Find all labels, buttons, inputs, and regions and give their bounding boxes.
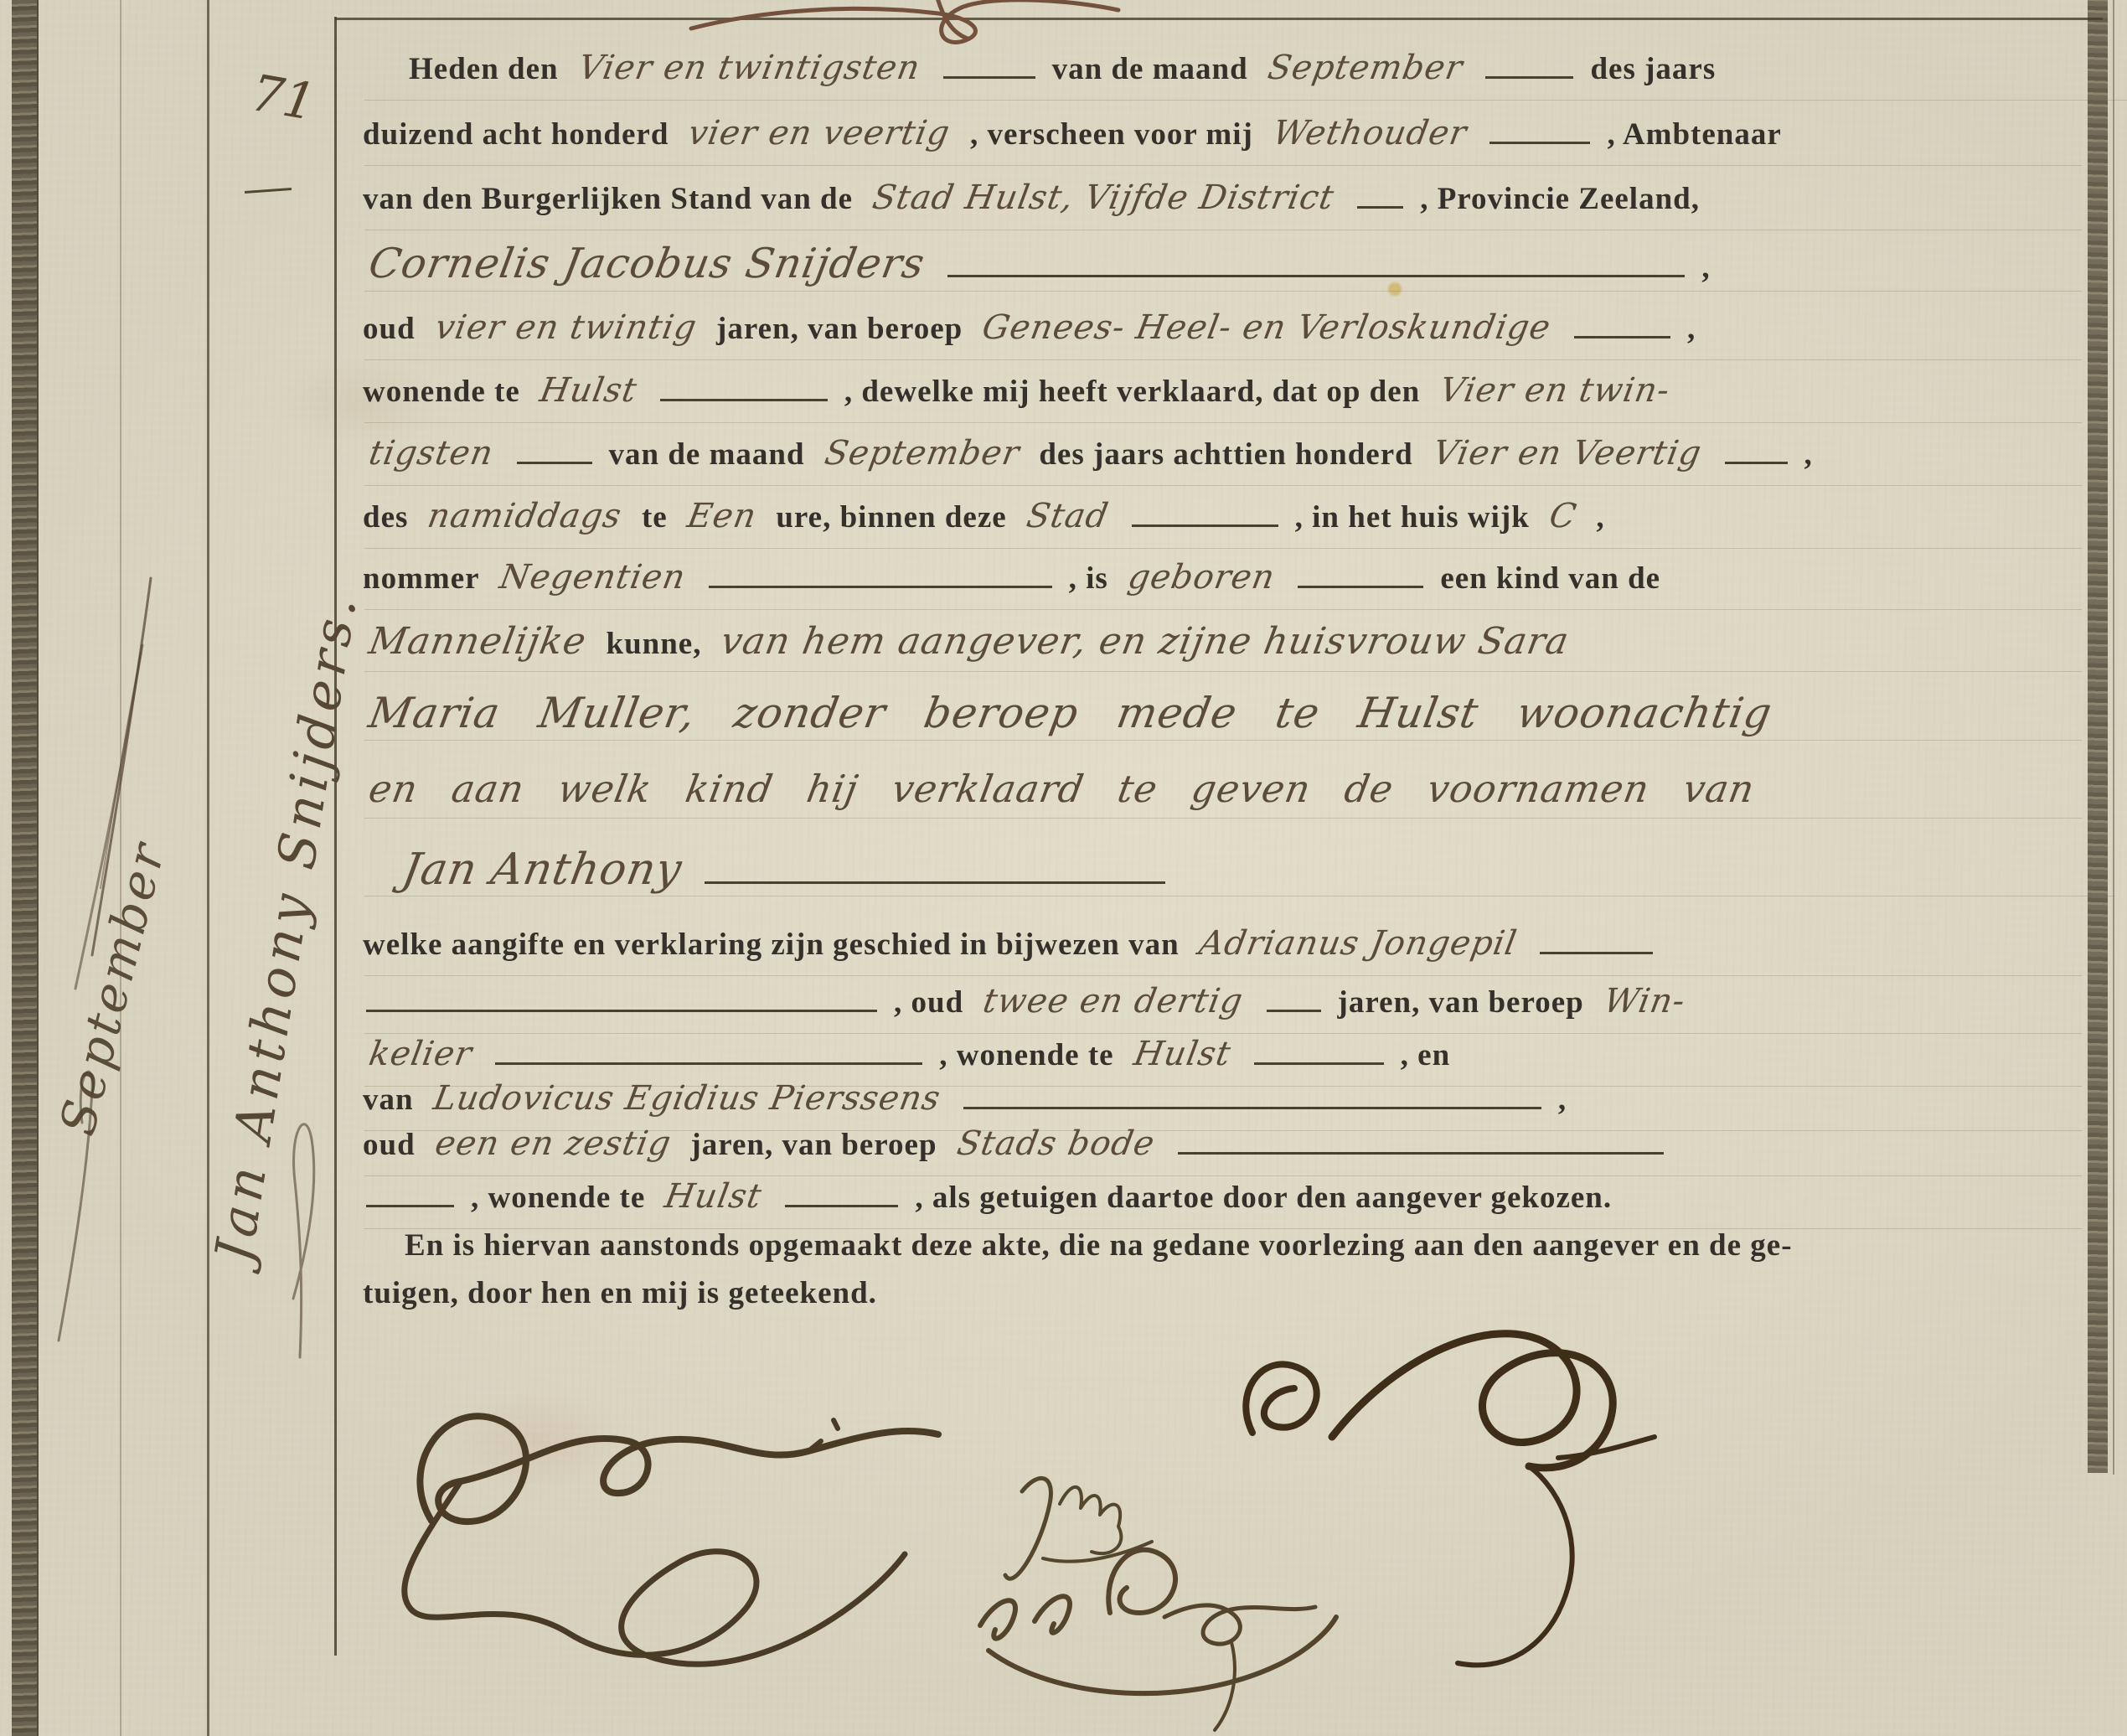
printed-text: nommer	[363, 561, 480, 596]
handwritten-entry: Jan Anthony	[399, 845, 686, 895]
handwritten-entry: en aan welk kind hij verklaard te geven …	[365, 767, 1758, 811]
printed-text: , en	[1401, 1038, 1451, 1072]
birth-record-page: 71 September Jan Anthony Snijders. Heden…	[0, 0, 2127, 1736]
fill-dash	[366, 1193, 454, 1207]
handwritten-entry: Vier en twintigsten	[576, 49, 923, 87]
printed-text: jaren, van beroep	[1338, 985, 1584, 1020]
printed-text: wonende te	[363, 375, 520, 409]
printed-text: tuigen, door hen en mij is geteekend.	[363, 1276, 877, 1310]
act-line: desnamiddagsteEenure, binnen dezeStad, i…	[356, 497, 2107, 550]
fill-dash	[517, 450, 592, 464]
fill-dash	[1132, 513, 1278, 527]
printed-text: des	[363, 500, 408, 535]
handwritten-entry: Stad	[1024, 497, 1112, 535]
handwritten-entry: Mannelijke	[366, 620, 590, 663]
printed-text: jaren, van beroep	[716, 312, 963, 346]
handwritten-entry: kelier	[366, 1035, 475, 1073]
signature-witness-pierssens	[955, 1533, 1357, 1734]
printed-text: duizend acht honderd	[363, 117, 669, 152]
act-line: , wonende teHulst, als getuigen daartoe …	[356, 1177, 2107, 1231]
printed-text: , dewelke mij heeft verklaard, dat op de…	[844, 375, 1420, 409]
fill-dash	[1725, 450, 1788, 464]
fill-dash	[705, 870, 1165, 884]
handwritten-entry: van hem aangever, en zijne huisvrouw Sar…	[718, 620, 1573, 663]
handwritten-entry: Vier en twin-	[1437, 371, 1673, 410]
fill-dash	[1489, 130, 1590, 144]
signature-declarant-snijders	[352, 1341, 1005, 1676]
printed-text: ,	[1596, 500, 1604, 535]
printed-text: van de maand	[1052, 52, 1248, 86]
fill-dash	[947, 263, 1685, 277]
printed-text: jaren, van beroep	[690, 1128, 937, 1162]
fill-dash	[1485, 65, 1573, 79]
fill-dash	[1540, 940, 1653, 954]
printed-text: van	[363, 1082, 414, 1117]
printed-text: , is	[1069, 561, 1108, 596]
fill-dash	[1254, 1051, 1384, 1065]
handwritten-entry: September	[822, 434, 1023, 473]
printed-text: , Provincie Zeeland,	[1420, 182, 1700, 216]
printed-text: ure, binnen deze	[776, 500, 1006, 535]
handwritten-entry: Adrianus Jongepil	[1196, 924, 1520, 963]
printed-text: oud	[363, 312, 416, 346]
act-line: Cornelis Jacobus Snijders,	[356, 240, 2107, 293]
act-line: Heden denVier en twintigstenvan de maand…	[356, 49, 2127, 102]
printed-text: een kind van de	[1440, 561, 1660, 596]
act-line: duizend acht honderdvier en veertig, ver…	[356, 114, 2107, 168]
act-line: Maria Muller, zonder beroep mede te Huls…	[356, 689, 2107, 742]
fill-dash	[1267, 998, 1321, 1012]
act-line: oudeen en zestigjaren, van beroepStads b…	[356, 1124, 2107, 1178]
printed-text: ,	[1804, 437, 1813, 472]
handwritten-entry: Hulst	[537, 371, 640, 410]
printed-text: ,	[1701, 251, 1710, 285]
handwritten-entry: Genees- Heel- en Verloskundige	[979, 308, 1554, 347]
handwritten-entry: vier en veertig	[685, 114, 953, 152]
act-line: tigstenvan de maandSeptemberdes jaars ac…	[356, 434, 2107, 488]
handwritten-entry: tigsten	[366, 434, 497, 473]
printed-text: welke aangifte en verklaring zijn geschi…	[363, 927, 1180, 962]
fill-dash	[1178, 1140, 1664, 1155]
act-line: Mannelijkekunne,van hem aangever, en zij…	[356, 620, 2107, 674]
fill-dash	[1298, 574, 1423, 588]
printed-text: oud	[363, 1128, 416, 1162]
act-line: Jan Anthony	[356, 845, 2127, 898]
printed-text: kunne,	[607, 627, 702, 661]
printed-text: Heden den	[409, 52, 559, 86]
handwritten-entry: Maria Muller, zonder beroep mede te Huls…	[365, 689, 1776, 737]
handwritten-entry: Cornelis Jacobus Snijders	[365, 240, 928, 287]
act-line: En is hiervan aanstonds opgemaakt deze a…	[356, 1227, 2127, 1281]
handwritten-entry: twee en dertig	[980, 982, 1247, 1020]
printed-text: van den Burgerlijken Stand van de	[363, 182, 853, 216]
printed-text: ,	[1558, 1082, 1567, 1117]
handwritten-entry: een en zestig	[432, 1124, 674, 1163]
handwritten-entry: vier en twintig	[432, 308, 700, 347]
printed-text: des jaars	[1590, 52, 1716, 86]
handwritten-entry: Vier en Veertig	[1430, 434, 1705, 473]
fill-dash	[366, 998, 877, 1012]
handwritten-entry: Win-	[1601, 982, 1689, 1020]
printed-text: van de maand	[609, 437, 805, 472]
printed-text: En is hiervan aanstonds opgemaakt deze a…	[405, 1228, 1793, 1263]
printed-text: , wonende te	[471, 1181, 645, 1215]
handwritten-entry: Ludovicus Egidius Pierssens	[431, 1079, 943, 1118]
printed-text: , Ambtenaar	[1607, 117, 1781, 152]
handwritten-entry: geboren	[1125, 558, 1278, 597]
fill-dash	[963, 1095, 1541, 1109]
handwritten-entry: September	[1265, 49, 1466, 87]
act-line: oudvier en twintigjaren, van beroepGenee…	[356, 308, 2107, 362]
printed-text: , in het huis wijk	[1295, 500, 1530, 535]
handwritten-entry: Hulst	[1131, 1035, 1234, 1073]
handwritten-entry: Wethouder	[1270, 114, 1470, 152]
handwritten-entry: Een	[684, 497, 760, 535]
act-line: , oudtwee en dertigjaren, van beroepWin-	[356, 982, 2107, 1036]
fill-dash	[660, 387, 828, 401]
act-line: en aan welk kind hij verklaard te geven …	[356, 767, 2107, 820]
fill-dash	[1357, 194, 1403, 209]
printed-text: , als getuigen daartoe door den aangever…	[915, 1181, 1612, 1215]
act-line: nommerNegentien, isgeboreneen kind van d…	[356, 558, 2107, 612]
fill-dash	[943, 65, 1035, 79]
printed-text: des jaars achttien honderd	[1039, 437, 1412, 472]
handwritten-entry: Stads bode	[953, 1124, 1157, 1163]
printed-text: , wonende te	[939, 1038, 1113, 1072]
act-line: welke aangifte en verklaring zijn geschi…	[356, 924, 2107, 978]
handwritten-entry: namiddags	[425, 497, 625, 535]
printed-text: , oud	[894, 985, 963, 1020]
handwritten-entry: Negentien	[497, 558, 689, 597]
handwritten-entry: C	[1546, 497, 1580, 535]
act-line: wonende teHulst, dewelke mij heeft verkl…	[356, 371, 2107, 425]
handwritten-entry: Hulst	[662, 1177, 765, 1216]
fill-dash	[709, 574, 1052, 588]
act-line: van den Burgerlijken Stand van deStad Hu…	[356, 178, 2107, 232]
fill-dash	[495, 1051, 922, 1065]
fill-dash	[785, 1193, 898, 1207]
handwritten-entry: Stad Hulst, Vijfde District	[870, 178, 1337, 217]
printed-text: te	[642, 500, 668, 535]
printed-text: , verscheen voor mij	[970, 117, 1253, 152]
fill-dash	[1574, 324, 1670, 338]
printed-text: ,	[1687, 312, 1696, 346]
